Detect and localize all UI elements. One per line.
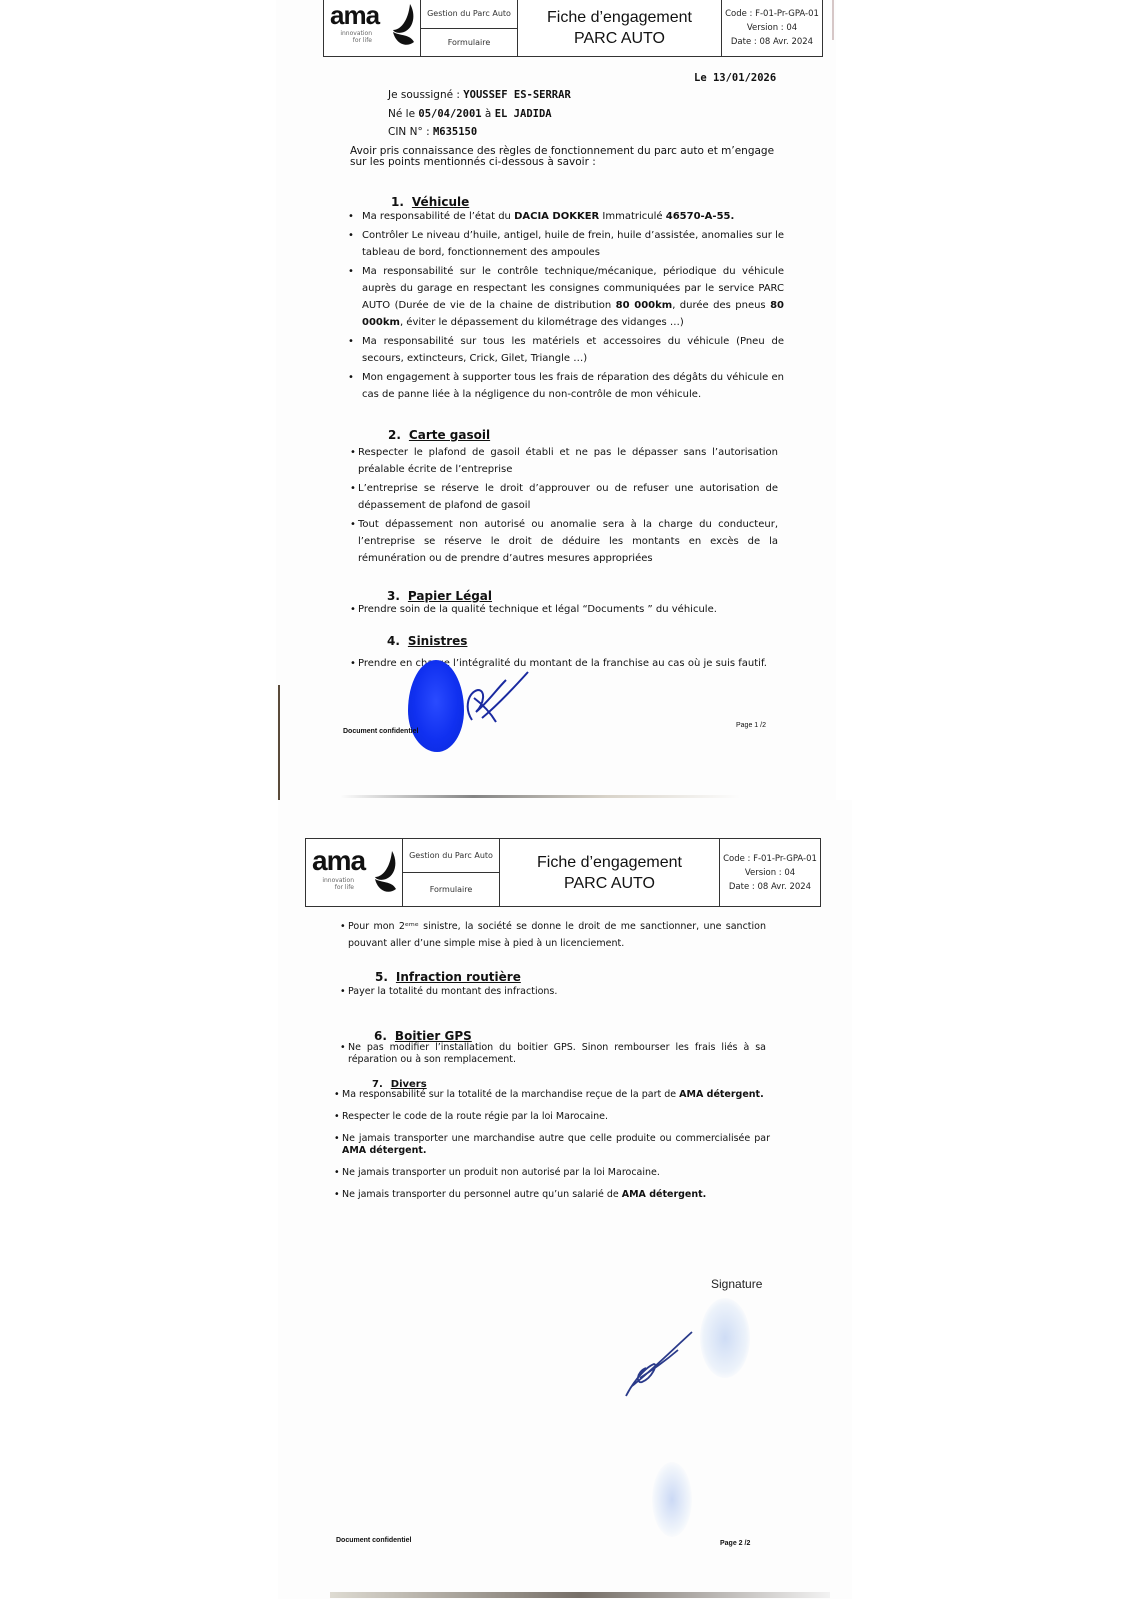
header-meta: Code : F-01-Pr-GPA-01 Version : 04 Date … <box>720 839 820 906</box>
section-title-carte-gasoil: 2.Carte gasoil <box>388 428 490 442</box>
section-list-divers: Ma responsabilité sur la totalité de la … <box>334 1089 770 1203</box>
footer-confidential: Document confidentiel <box>336 1537 411 1544</box>
fingerprint-stamp <box>408 660 464 752</box>
doc-code: Code : F-01-Pr-GPA-01 <box>723 852 817 866</box>
header-meta: Code : F-01-Pr-GPA-01 Version : 04 Date … <box>722 0 822 56</box>
identity-cin: CIN N° : M635150 <box>388 124 477 141</box>
list-item: Ne jamais transporter une marchandise au… <box>334 1133 770 1157</box>
leaf-icon <box>390 2 416 48</box>
list-item: Tout dépassement non autorisé ou anomali… <box>350 516 778 567</box>
logo-tagline: innovationfor life <box>332 30 372 44</box>
list-item: Payer la totalité du montant des infract… <box>340 983 766 1000</box>
list-item: Ma responsabilité de l’état du DACIA DOK… <box>348 208 784 225</box>
list-item: Respecter le code de la route régie par … <box>334 1111 770 1123</box>
document-header: ama innovationfor life Gestion du Parc A… <box>305 838 821 907</box>
signing-date: Le 13/01/2026 <box>694 70 776 87</box>
section-list-boitier-gps: Ne pas modifier l’installation du boitie… <box>340 1042 766 1068</box>
page-fold-shadow <box>330 1592 830 1598</box>
page-edge <box>278 685 280 800</box>
section-list-vehicule: Ma responsabilité de l’état du DACIA DOK… <box>348 208 784 405</box>
list-item: L’entreprise se réserve le droit d’appro… <box>350 480 778 514</box>
section-list-sinistres: Prendre en charge l’intégralité du monta… <box>350 655 780 674</box>
company-logo: ama innovationfor life <box>306 839 403 906</box>
section-list-infraction: Payer la totalité du montant des infract… <box>340 983 766 1002</box>
logo-brand: ama <box>312 845 365 877</box>
header-title: Fiche d’engagement PARC AUTO <box>500 839 720 906</box>
page-number: Page 1 /2 <box>736 722 766 729</box>
signature-label: Signature <box>711 1277 762 1291</box>
fingerprint-stamp <box>700 1298 750 1378</box>
fingerprint-stamp <box>652 1462 692 1537</box>
list-item: Prendre en charge l’intégralité du monta… <box>350 655 780 672</box>
list-item: Prendre soin de la qualité technique et … <box>350 601 780 618</box>
list-item: Pour mon 2ᵉᵐᵉ sinistre, la société se do… <box>340 918 766 952</box>
handwritten-signature <box>462 668 534 730</box>
logo-tagline: innovationfor life <box>314 877 354 891</box>
identity-birth: Né le 05/04/2001 à EL JADIDA <box>388 106 552 123</box>
company-logo: ama innovationfor life <box>324 0 421 56</box>
footer-confidential: Document confidentiel <box>343 728 418 735</box>
list-item: Mon engagement à supporter tous les frai… <box>348 369 784 403</box>
doc-version: Version : 04 <box>747 21 797 35</box>
header-middle: Gestion du Parc Auto Formulaire <box>403 839 500 906</box>
section-title-sinistres: 4.Sinistres <box>387 634 467 648</box>
list-item: Ma responsabilité sur tous les matériels… <box>348 333 784 367</box>
section-list-papier-legal: Prendre soin de la qualité technique et … <box>350 601 780 620</box>
page-fold-shadow <box>340 795 740 798</box>
doc-code: Code : F-01-Pr-GPA-01 <box>725 7 819 21</box>
page-number: Page 2 /2 <box>720 1540 750 1547</box>
section-title-boitier-gps: 6.Boitier GPS <box>374 1029 472 1043</box>
section-title-vehicule: 1.Véhicule <box>391 195 469 209</box>
logo-brand: ama <box>330 0 379 31</box>
header-department: Gestion du Parc Auto <box>403 839 499 872</box>
header-doc-type: Formulaire <box>421 28 517 57</box>
list-item: Ne jamais transporter du personnel autre… <box>334 1189 770 1201</box>
list-item: Ma responsabilité sur le contrôle techni… <box>348 263 784 331</box>
leaf-icon <box>372 849 398 895</box>
page-edge <box>832 0 834 40</box>
list-item: Contrôler Le niveau d’huile, antigel, hu… <box>348 227 784 261</box>
identity-name: Je soussigné : YOUSSEF ES-SERRAR <box>388 87 571 104</box>
header-title: Fiche d’engagement PARC AUTO <box>518 0 722 56</box>
header-doc-type: Formulaire <box>403 872 499 906</box>
header-department: Gestion du Parc Auto <box>421 0 517 28</box>
doc-version: Version : 04 <box>745 866 795 880</box>
doc-date: Date : 08 Avr. 2024 <box>731 35 813 49</box>
intro-paragraph: Avoir pris connaissance des règles de fo… <box>350 146 790 168</box>
section-title-infraction-routiere: 5.Infraction routière <box>375 970 521 984</box>
header-middle: Gestion du Parc Auto Formulaire <box>421 0 518 56</box>
list-item: Ne jamais transporter un produit non aut… <box>334 1167 770 1179</box>
list-item: Respecter le plafond de gasoil établi et… <box>350 444 778 478</box>
list-item: Ma responsabilité sur la totalité de la … <box>334 1089 770 1101</box>
handwritten-signature <box>622 1328 696 1398</box>
section-list-carte-gasoil: Respecter le plafond de gasoil établi et… <box>350 444 778 569</box>
doc-date: Date : 08 Avr. 2024 <box>729 880 811 894</box>
document-header: ama innovationfor life Gestion du Parc A… <box>323 0 823 57</box>
continued-list: Pour mon 2ᵉᵐᵉ sinistre, la société se do… <box>340 918 766 954</box>
list-item: Ne pas modifier l’installation du boitie… <box>340 1042 766 1066</box>
